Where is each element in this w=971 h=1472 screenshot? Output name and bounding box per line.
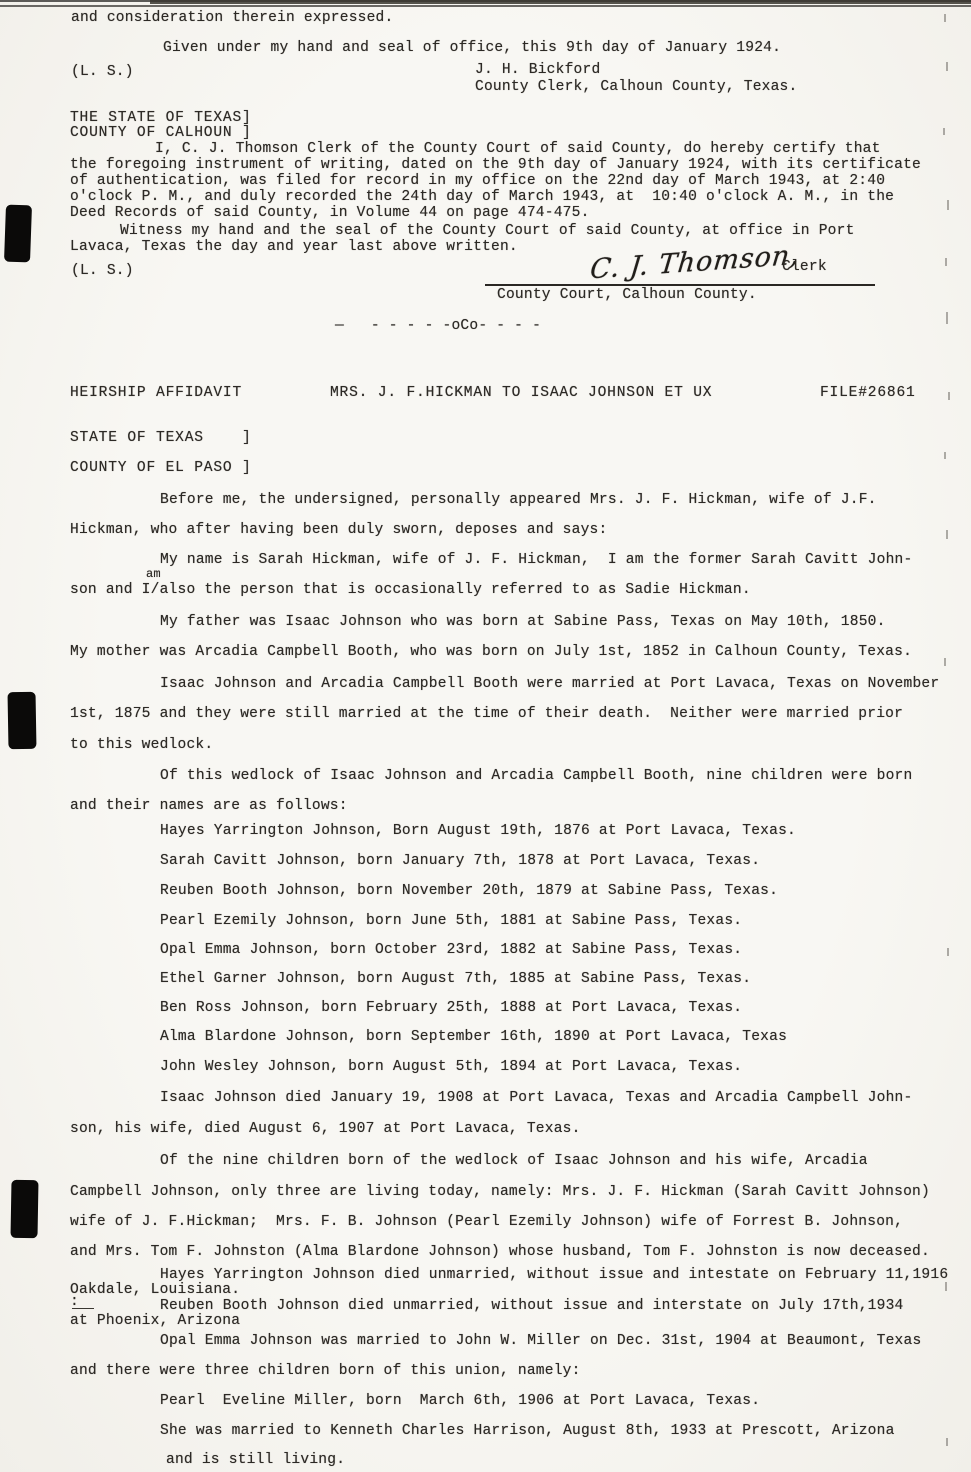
affidavit-line: at Phoenix, Arizona [70,1313,240,1330]
scan-noise-mark [944,14,946,22]
margin-correction-underline [72,1308,94,1309]
child-list-item: Opal Emma Johnson, born October 23rd, 18… [160,942,742,959]
scan-noise-mark [946,530,948,539]
affidavit-line: Before me, the undersigned, personally a… [160,492,877,509]
scan-noise-mark [947,948,949,956]
affidavit-line: Isaac Johnson died January 19, 1908 at P… [160,1090,912,1107]
scan-noise-mark [946,312,948,324]
scan-edge-artifact-dark [150,0,971,4]
affidavit-line: My name is Sarah Hickman, wife of J. F. … [160,552,912,569]
scan-noise-mark [947,200,949,210]
child-list-item: John Wesley Johnson, born August 5th, 18… [160,1059,742,1076]
certificate-line: Deed Records of said County, in Volume 4… [70,205,590,222]
affidavit-line: to this wedlock. [70,737,213,754]
file-number: FILE#26861 [820,385,916,402]
certificate-line: o'clock P. M., and duly recorded the 24t… [70,189,894,206]
ink-blob [4,205,32,263]
certificate-line: the foregoing instrument of writing, dat… [70,157,921,174]
witness-line: Lavaca, Texas the day and year last abov… [70,239,518,256]
signature-line [485,284,875,286]
clerk-signature-title: Clerk [782,259,827,276]
scan-noise-mark [948,392,950,400]
affidavit-line: My father was Isaac Johnson who was born… [160,614,886,631]
typed-insertion: am [146,566,161,583]
affidavit-line: wife of J. F.Hickman; Mrs. F. B. Johnson… [70,1214,903,1231]
page-title: HEIRSHIP AFFIDAVIT [70,385,242,402]
county-caption: COUNTY OF CALHOUN ] [70,125,252,142]
signature-caption: County Court, Calhoun County. [497,287,757,304]
child-list-item: Alma Blardone Johnson, born September 16… [160,1029,787,1046]
parties-line: MRS. J. F.HICKMAN TO ISAAC JOHNSON ET UX [330,385,712,402]
clerk-name: J. H. Bickford [475,62,600,79]
child-list-item: Pearl Ezemily Johnson, born June 5th, 18… [160,913,742,930]
scanned-affidavit-page: and consideration therein expressed. Giv… [0,0,971,1472]
affidavit-state-caption: STATE OF TEXAS ] [70,430,252,447]
affidavit-line: son, his wife, died August 6, 1907 at Po… [70,1121,581,1138]
grandchild-list-item: and is still living. [166,1452,345,1469]
child-list-item: Reuben Booth Johnson, born November 20th… [160,883,778,900]
child-list-item: Sarah Cavitt Johnson, born January 7th, … [160,853,760,870]
affidavit-line: Hickman, who after having been duly swor… [70,522,607,539]
section-divider: — - - - - -oCo- - - - [335,318,541,335]
certificate-line: of authentication, was filed for record … [70,173,885,190]
affidavit-line: My mother was Arcadia Campbell Booth, wh… [70,644,912,661]
ink-blob [10,1180,38,1238]
scan-noise-mark [944,452,946,459]
affidavit-line: Of the nine children born of the wedlock… [160,1153,868,1170]
affidavit-line: Of this wedlock of Isaac Johnson and Arc… [160,768,912,785]
witness-line: Witness my hand and the seal of the Coun… [120,223,855,240]
affidavit-line: Oakdale, Louisiana. [70,1282,240,1299]
grandchild-list-item: Pearl Eveline Miller, born March 6th, 19… [160,1393,760,1410]
affidavit-line: 1st, 1875 and they were still married at… [70,706,903,723]
affidavit-line: Hayes Yarrington Johnson died unmarried,… [160,1267,948,1284]
affidavit-line: and there were three children born of th… [70,1363,581,1380]
ink-blob [8,692,37,749]
seal-mark: (L. S.) [71,263,134,280]
certificate-line: I, C. J. Thomson Clerk of the County Cou… [155,141,881,158]
scan-noise-mark [945,258,947,266]
affidavit-line: Reuben Booth Johnson died unmarried, wit… [160,1298,904,1315]
affidavit-line: son and I/also the person that is occasi… [70,582,751,599]
grandchild-list-item: She was married to Kenneth Charles Harri… [160,1423,895,1440]
seal-mark: (L. S.) [71,64,134,81]
affidavit-line: Campbell Johnson, only three are living … [70,1184,930,1201]
affidavit-line: and Mrs. Tom F. Johnston (Alma Blardone … [70,1244,930,1261]
child-list-item: Ben Ross Johnson, born February 25th, 18… [160,1000,742,1017]
scan-noise-mark [946,62,948,71]
attestation-line: Given under my hand and seal of office, … [163,40,781,57]
affidavit-line: Isaac Johnson and Arcadia Campbell Booth… [160,676,939,693]
affidavit-line: Opal Emma Johnson was married to John W.… [160,1333,921,1350]
clerk-title: County Clerk, Calhoun County, Texas. [475,79,797,96]
continuation-line: and consideration therein expressed. [71,10,393,27]
scan-noise-mark [944,658,946,666]
affidavit-county-caption: COUNTY OF EL PASO ] [70,460,252,477]
scan-noise-mark [943,128,945,135]
affidavit-line: and their names are as follows: [70,798,348,815]
child-list-item: Hayes Yarrington Johnson, Born August 19… [160,823,796,840]
clerk-signature: C. J. Thomson, [589,240,802,286]
scan-noise-mark [946,1438,948,1446]
child-list-item: Ethel Garner Johnson, born August 7th, 1… [160,971,751,988]
